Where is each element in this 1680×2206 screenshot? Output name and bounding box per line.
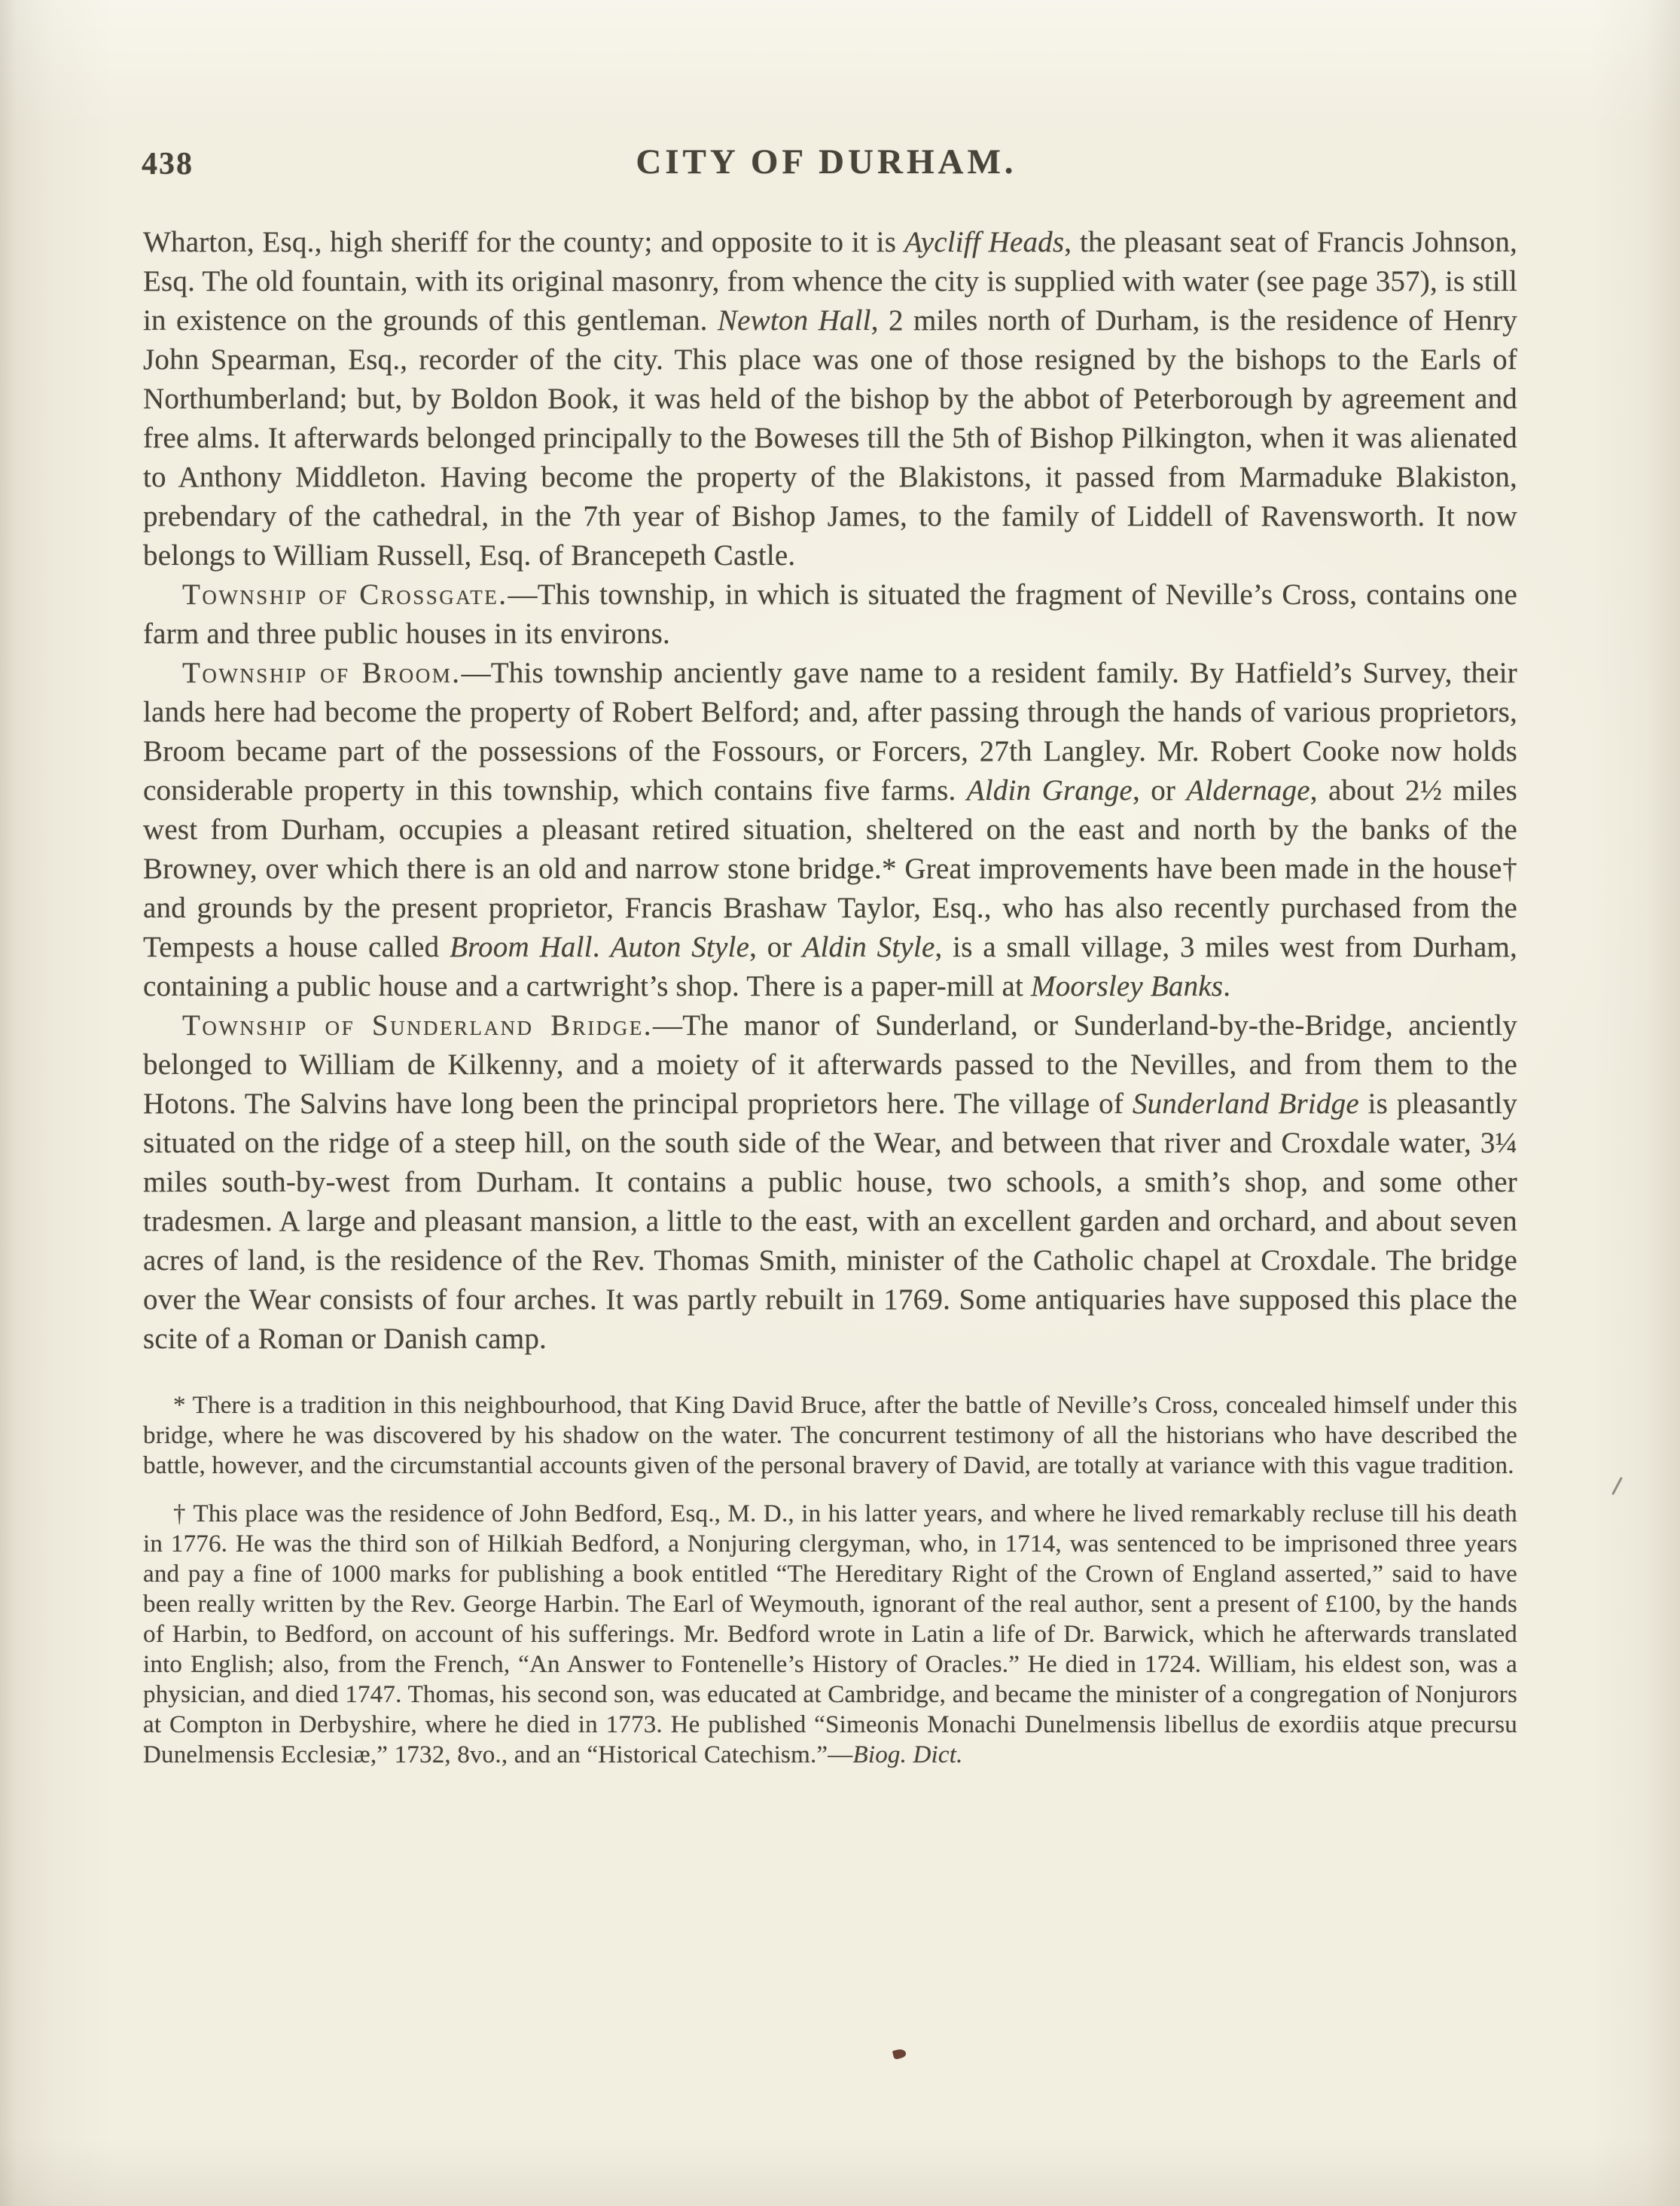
text-segment: Auton Style	[610, 931, 749, 963]
pen-tick-mark	[1611, 1477, 1623, 1495]
book-page: 438 CITY OF DURHAM. Wharton, Esq., high …	[0, 0, 1680, 2206]
text-segment: Township of Sunderland Bridge.	[182, 1009, 653, 1042]
page-header: 438 CITY OF DURHAM.	[143, 142, 1517, 185]
text-segment: Newton Hall	[718, 304, 871, 337]
paragraph: Township of Sunderland Bridge.—The manor…	[143, 1006, 1517, 1359]
text-column: 438 CITY OF DURHAM. Wharton, Esq., high …	[143, 142, 1517, 1770]
text-segment: Aldin Grange	[967, 774, 1133, 807]
text-segment: Broom Hall	[450, 931, 593, 963]
text-segment: Township of Crossgate.	[182, 578, 508, 611]
text-segment: Moorsley Banks	[1031, 970, 1223, 1002]
text-segment: † This place was the residence of John B…	[143, 1500, 1517, 1768]
text-segment: is pleasantly situated on the ridge of a…	[143, 1088, 1517, 1355]
running-title: CITY OF DURHAM.	[636, 142, 1017, 182]
paragraph: Wharton, Esq., high sheriff for the coun…	[143, 223, 1517, 575]
text-segment: Aldernage	[1186, 774, 1310, 807]
text-segment: Aycliff Heads	[904, 226, 1064, 258]
text-segment: .	[1223, 970, 1230, 1002]
footnotes: * There is a tradition in this neighbour…	[143, 1390, 1517, 1770]
text-segment: .	[593, 931, 611, 963]
paragraph: * There is a tradition in this neighbour…	[143, 1390, 1517, 1481]
text-segment: , or	[749, 931, 802, 963]
paragraph: Township of Crossgate.—This township, in…	[143, 575, 1517, 654]
text-segment: * There is a tradition in this neighbour…	[143, 1392, 1517, 1479]
text-segment: Aldin Style	[802, 931, 935, 963]
paragraph: Township of Broom.—This township ancient…	[143, 654, 1517, 1006]
body-text: Wharton, Esq., high sheriff for the coun…	[143, 223, 1517, 1359]
text-segment: Wharton, Esq., high sheriff for the coun…	[143, 226, 904, 258]
text-segment: Township of Broom.	[182, 657, 462, 689]
page-number: 438	[142, 146, 194, 182]
text-segment: Sunderland Bridge	[1133, 1088, 1359, 1120]
text-segment: , 2 miles north of Durham, is the reside…	[143, 304, 1517, 572]
text-segment: Biog. Dict.	[852, 1741, 962, 1768]
ink-speck-mark	[892, 2048, 907, 2060]
paragraph: † This place was the residence of John B…	[143, 1499, 1517, 1770]
text-segment: , or	[1133, 774, 1187, 807]
